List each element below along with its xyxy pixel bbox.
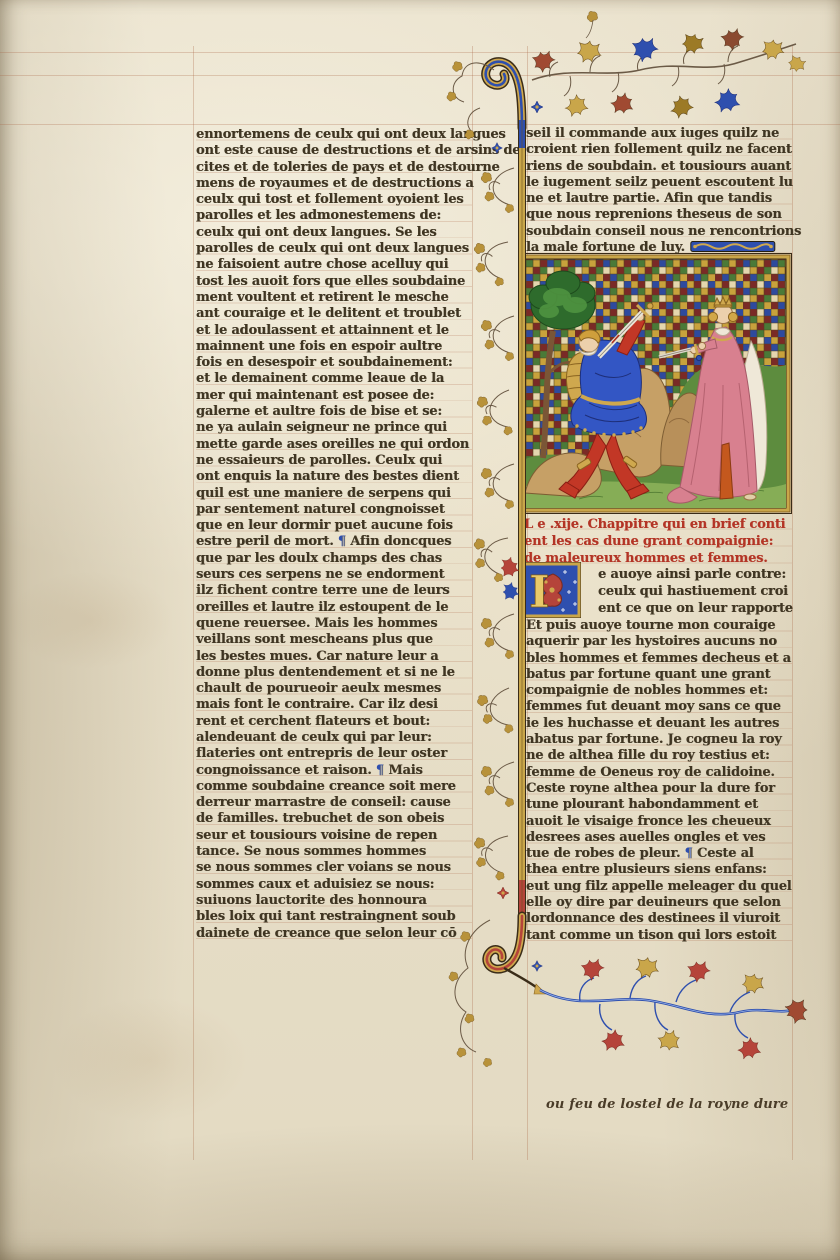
text-line: mainnent une fois en espoir aultre (196, 339, 472, 355)
text-line: chault de pourueoir aeulx mesmes (196, 681, 472, 697)
text-line: ont enquis la nature des bestes dient (196, 469, 472, 485)
text-line: que nous reprenions theseus de son (526, 207, 792, 223)
text-line: tant comme un tison qui lors estoit (526, 928, 792, 944)
text-line: dainete de creance que selon leur cō (196, 926, 472, 942)
text-line: et le adoulassent et attainnent et le (196, 323, 472, 339)
text-line: ment voultent et retirent le mesche (196, 290, 472, 306)
border-bar (501, 120, 526, 916)
bottom-ivy-spray (540, 956, 807, 1061)
chapter-rubric: L e .xije. Chappitre qui en brief contie… (524, 516, 792, 567)
illuminated-initial: I (521, 562, 581, 618)
catchword: ou feu de lostel de la royne dure (546, 1097, 788, 1112)
text-line: mens de royaumes et de destructions a (196, 176, 472, 192)
right-text-column-lower: Et puis auoye tourne mon couraigeaquerir… (526, 618, 792, 944)
text-line: tost les auoit fors que elles soubdaine (196, 274, 472, 290)
text-line: rent et cerchent flateurs et bout: (196, 714, 472, 730)
text-line: que en leur dormir puet aucune fois (196, 518, 472, 534)
text-line: elle oy dire par deuineurs que selon (526, 895, 792, 911)
text-line: derreur marrastre de conseil: cause (196, 795, 472, 811)
ruling-line (0, 75, 840, 76)
text-line: ont este cause de destructions et de ars… (196, 143, 472, 159)
top-ivy-spray (531, 11, 808, 120)
text-line: seurs ces serpens ne se endorment (196, 567, 472, 583)
text-line: estre peril de mort. ¶ Afin doncques (196, 534, 472, 550)
text-line: femmes fut deuant moy sans ce que (526, 699, 792, 715)
text-line: alendeuant de ceulx qui par leur: (196, 730, 472, 746)
text-line: de familles. trebuchet de son obeis (196, 811, 472, 827)
right-text-column-upper: seil il commande aux iuges quilz necroie… (526, 126, 792, 256)
text-line: oreilles et lautre ilz estoupent de le (196, 600, 472, 616)
text-line: bles loix qui tant restraingnent soub (196, 909, 472, 925)
ruling-line-vertical (193, 46, 194, 1160)
text-line: soubdain conseil nous ne rencontrions (526, 224, 792, 240)
text-line: et le demainent comme leaue de la (196, 371, 472, 387)
text-line: donne plus dentendement et si ne le (196, 665, 472, 681)
text-line: lordonnance des destinees il viuroit (526, 911, 792, 927)
text-line: quil est une maniere de serpens qui (196, 486, 472, 502)
left-text-column: ennortemens de ceulx qui ont deux langue… (196, 127, 472, 942)
text-line: ilz fichent contre terre une de leurs (196, 583, 472, 599)
text-line: auoit le visaige fronce les cheueux (526, 814, 792, 830)
text-line: ceulx qui hastiuement croi (598, 584, 794, 601)
miniature-scene (519, 253, 792, 514)
text-line: ne ya aulain seigneur ne prince qui (196, 420, 472, 436)
text-line: riens de soubdain. et tousiours auant (526, 159, 792, 175)
text-line: se nous sommes cler voians se nous (196, 860, 472, 876)
text-line: ent ce que on leur rapporte (598, 601, 794, 618)
text-line: abatus par fortune. Je cogneu la roy (526, 732, 792, 748)
ruling-line-vertical (472, 46, 473, 1160)
text-line: ne faisoient autre chose acelluy qui (196, 257, 472, 273)
text-line: galerne et aultre fois de bise et se: (196, 404, 472, 420)
text-line: que par les doulx champs des chas (196, 551, 472, 567)
initial-paragraph: e auoye ainsi parle contre:ceulx qui has… (598, 567, 794, 617)
text-line: seur et tousiours voisine de repen (196, 828, 472, 844)
text-line: mer qui maintenant est posee de: (196, 388, 472, 404)
ruling-line (0, 52, 840, 53)
text-line: parolles de ceulx qui ont deux langues (196, 241, 472, 257)
text-line: mais font le contraire. Car ilz desi (196, 697, 472, 713)
text-line: comme soubdaine creance soit mere (196, 779, 472, 795)
text-line: e auoye ainsi parle contre: (598, 567, 794, 584)
text-line: aquerir par les hystoires aucuns no (526, 634, 792, 650)
text-line: femme de Oeneus roy de calidoine. (526, 765, 792, 781)
miniature-painting (519, 253, 792, 514)
text-line: ne et lautre partie. Afin que tandis (526, 191, 792, 207)
text-line: Ceste royne althea pour la dure for (526, 781, 792, 797)
text-line: quene reuersee. Mais les hommes (196, 616, 472, 632)
text-line: ceulx qui tost et follement oyoient les (196, 192, 472, 208)
text-line: par sentement naturel congnoisset (196, 502, 472, 518)
bottom-pen-flourish (449, 920, 492, 1067)
text-line: le iugement seilz peuent escoutent lu (526, 175, 792, 191)
text-line: sommes caux et aduisiez se nous: (196, 877, 472, 893)
border-top-hook (486, 62, 522, 128)
text-line: compaignie de nobles hommes et: (526, 683, 792, 699)
text-line: les bestes mues. Car nature leur a (196, 649, 472, 665)
text-line: seil il commande aux iuges quilz ne (526, 126, 792, 142)
text-line: tune plourant habondamment et (526, 797, 792, 813)
text-line: batus par fortune quant une grant (526, 667, 792, 683)
text-line: tance. Se nous sommes hommes (196, 844, 472, 860)
text-line: tue de robes de pleur. ¶ Ceste al (526, 846, 792, 862)
text-line: fois en desespoir et soubdainement: (196, 355, 472, 371)
crown (714, 297, 732, 305)
text-line: ceulx qui ont deux langues. Se les (196, 225, 472, 241)
text-line: suiuons lauctorite des honnoura (196, 893, 472, 909)
text-line: desrees ases auelles ongles et ves (526, 830, 792, 846)
text-line: ne de althea fille du roy testius et: (526, 748, 792, 764)
text-line: ant couraige et le delitent et troublet (196, 306, 472, 322)
rubric-line: ent les cas dune grant compaignie: (524, 533, 792, 550)
text-line: thea entre plusieurs siens enfans: (526, 862, 792, 878)
text-line: mette garde ases oreilles ne qui ordon (196, 437, 472, 453)
text-line: cites et de toleries de pays et de desto… (196, 160, 472, 176)
text-line: croient rien follement quilz ne facent (526, 142, 792, 158)
text-line: flateries ont entrepris de leur oster (196, 746, 472, 762)
text-line: ne essaieurs de parolles. Ceulx qui (196, 453, 472, 469)
line-filler-ornament (690, 240, 776, 253)
text-line: ennortemens de ceulx qui ont deux langue… (196, 127, 472, 143)
text-line: eut ung filz appelle meleager du quel (526, 879, 792, 895)
text-line: veillans sont mescheans plus que (196, 632, 472, 648)
initial-letter: I (529, 567, 550, 618)
text-line: parolles et les admonestemens de: (196, 208, 472, 224)
ruling-line (0, 124, 840, 125)
bar-tendrils (470, 168, 514, 899)
text-line: ie les huchasse et deuant les autres (526, 716, 792, 732)
text-line: Et puis auoye tourne mon couraige (526, 618, 792, 634)
text-line: bles hommes et femmes decheus et a (526, 651, 792, 667)
manuscript-page: ennortemens de ceulx qui ont deux langue… (0, 0, 840, 1260)
rubric-line: L e .xije. Chappitre qui en brief conti (524, 516, 792, 533)
text-line: congnoissance et raison. ¶ Mais (196, 763, 472, 779)
